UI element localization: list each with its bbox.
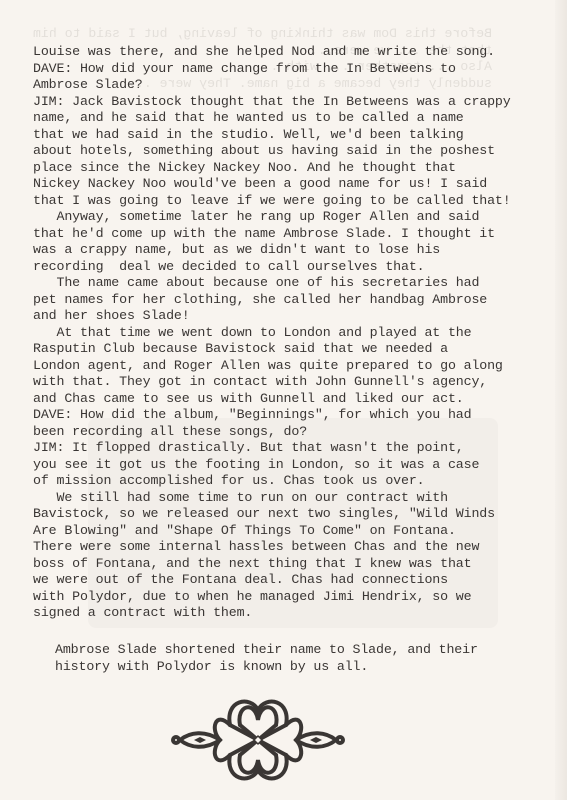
page-edge [555,0,567,800]
text-line: Nickey Nackey Noo would've been a good n… [33,176,553,193]
text-line: you see it got us the footing in London,… [33,457,553,474]
text-line: and Chas came to see us with Gunnell and… [33,391,553,408]
text-line: that I was going to leave if we were goi… [33,193,553,210]
text-line: There were some internal hassles between… [33,539,553,556]
text-line: place since the Nickey Nackey Noo. And h… [33,160,553,177]
text-line: JIM: Jack Bavistock thought that the In … [33,94,553,111]
text-line: and her shoes Slade! [33,308,553,325]
text-line: Rasputin Club because Bavistock said tha… [33,341,553,358]
text-line: that he'd come up with the name Ambrose … [33,226,553,243]
closing-line: Ambrose Slade shortened their name to Sl… [55,642,478,659]
text-line: We still had some time to run on our con… [33,490,553,507]
text-line: Louise was there, and she helped Nod and… [33,44,553,61]
text-line: Anyway, sometime later he rang up Roger … [33,209,553,226]
text-line: JIM: It flopped drastically. But that wa… [33,440,553,457]
text-line: signed a contract with them. [33,605,553,622]
text-line: was a crappy name, but as we didn't want… [33,242,553,259]
text-line: DAVE: How did the album, "Beginnings", f… [33,407,553,424]
closing-line: history with Polydor is known by us all. [55,659,478,676]
text-line: The name came about because one of his s… [33,275,553,292]
text-line: DAVE: How did your name change from the … [33,61,553,78]
text-line: we were out of the Fontana deal. Chas ha… [33,572,553,589]
text-line: that we had said in the studio. Well, we… [33,127,553,144]
closing-paragraph: Ambrose Slade shortened their name to Sl… [55,642,478,675]
flourish-ornament-icon [170,690,346,790]
bleed-line: Before this Dom was thinking of leaving,… [33,26,492,43]
text-line: pet names for her clothing, she called h… [33,292,553,309]
text-line: Are Blowing" and "Shape Of Things To Com… [33,523,553,540]
text-line: of mission accomplished for us. Chas too… [33,473,553,490]
text-line: been recording all these songs, do? [33,424,553,441]
article-body: Louise was there, and she helped Nod and… [33,44,553,622]
text-line: name, and he said that he wanted us to b… [33,110,553,127]
text-line: At that time we went down to London and … [33,325,553,342]
text-line: recording deal we decided to call oursel… [33,259,553,276]
text-line: with that. They got in contact with John… [33,374,553,391]
text-line: Ambrose Slade? [33,77,553,94]
text-line: with Polydor, due to when he managed Jim… [33,589,553,606]
text-line: boss of Fontana, and the next thing that… [33,556,553,573]
text-line: about hotels, something about us having … [33,143,553,160]
text-line: Bavistock, so we released our next two s… [33,506,553,523]
text-line: London agent, and Roger Allen was quite … [33,358,553,375]
